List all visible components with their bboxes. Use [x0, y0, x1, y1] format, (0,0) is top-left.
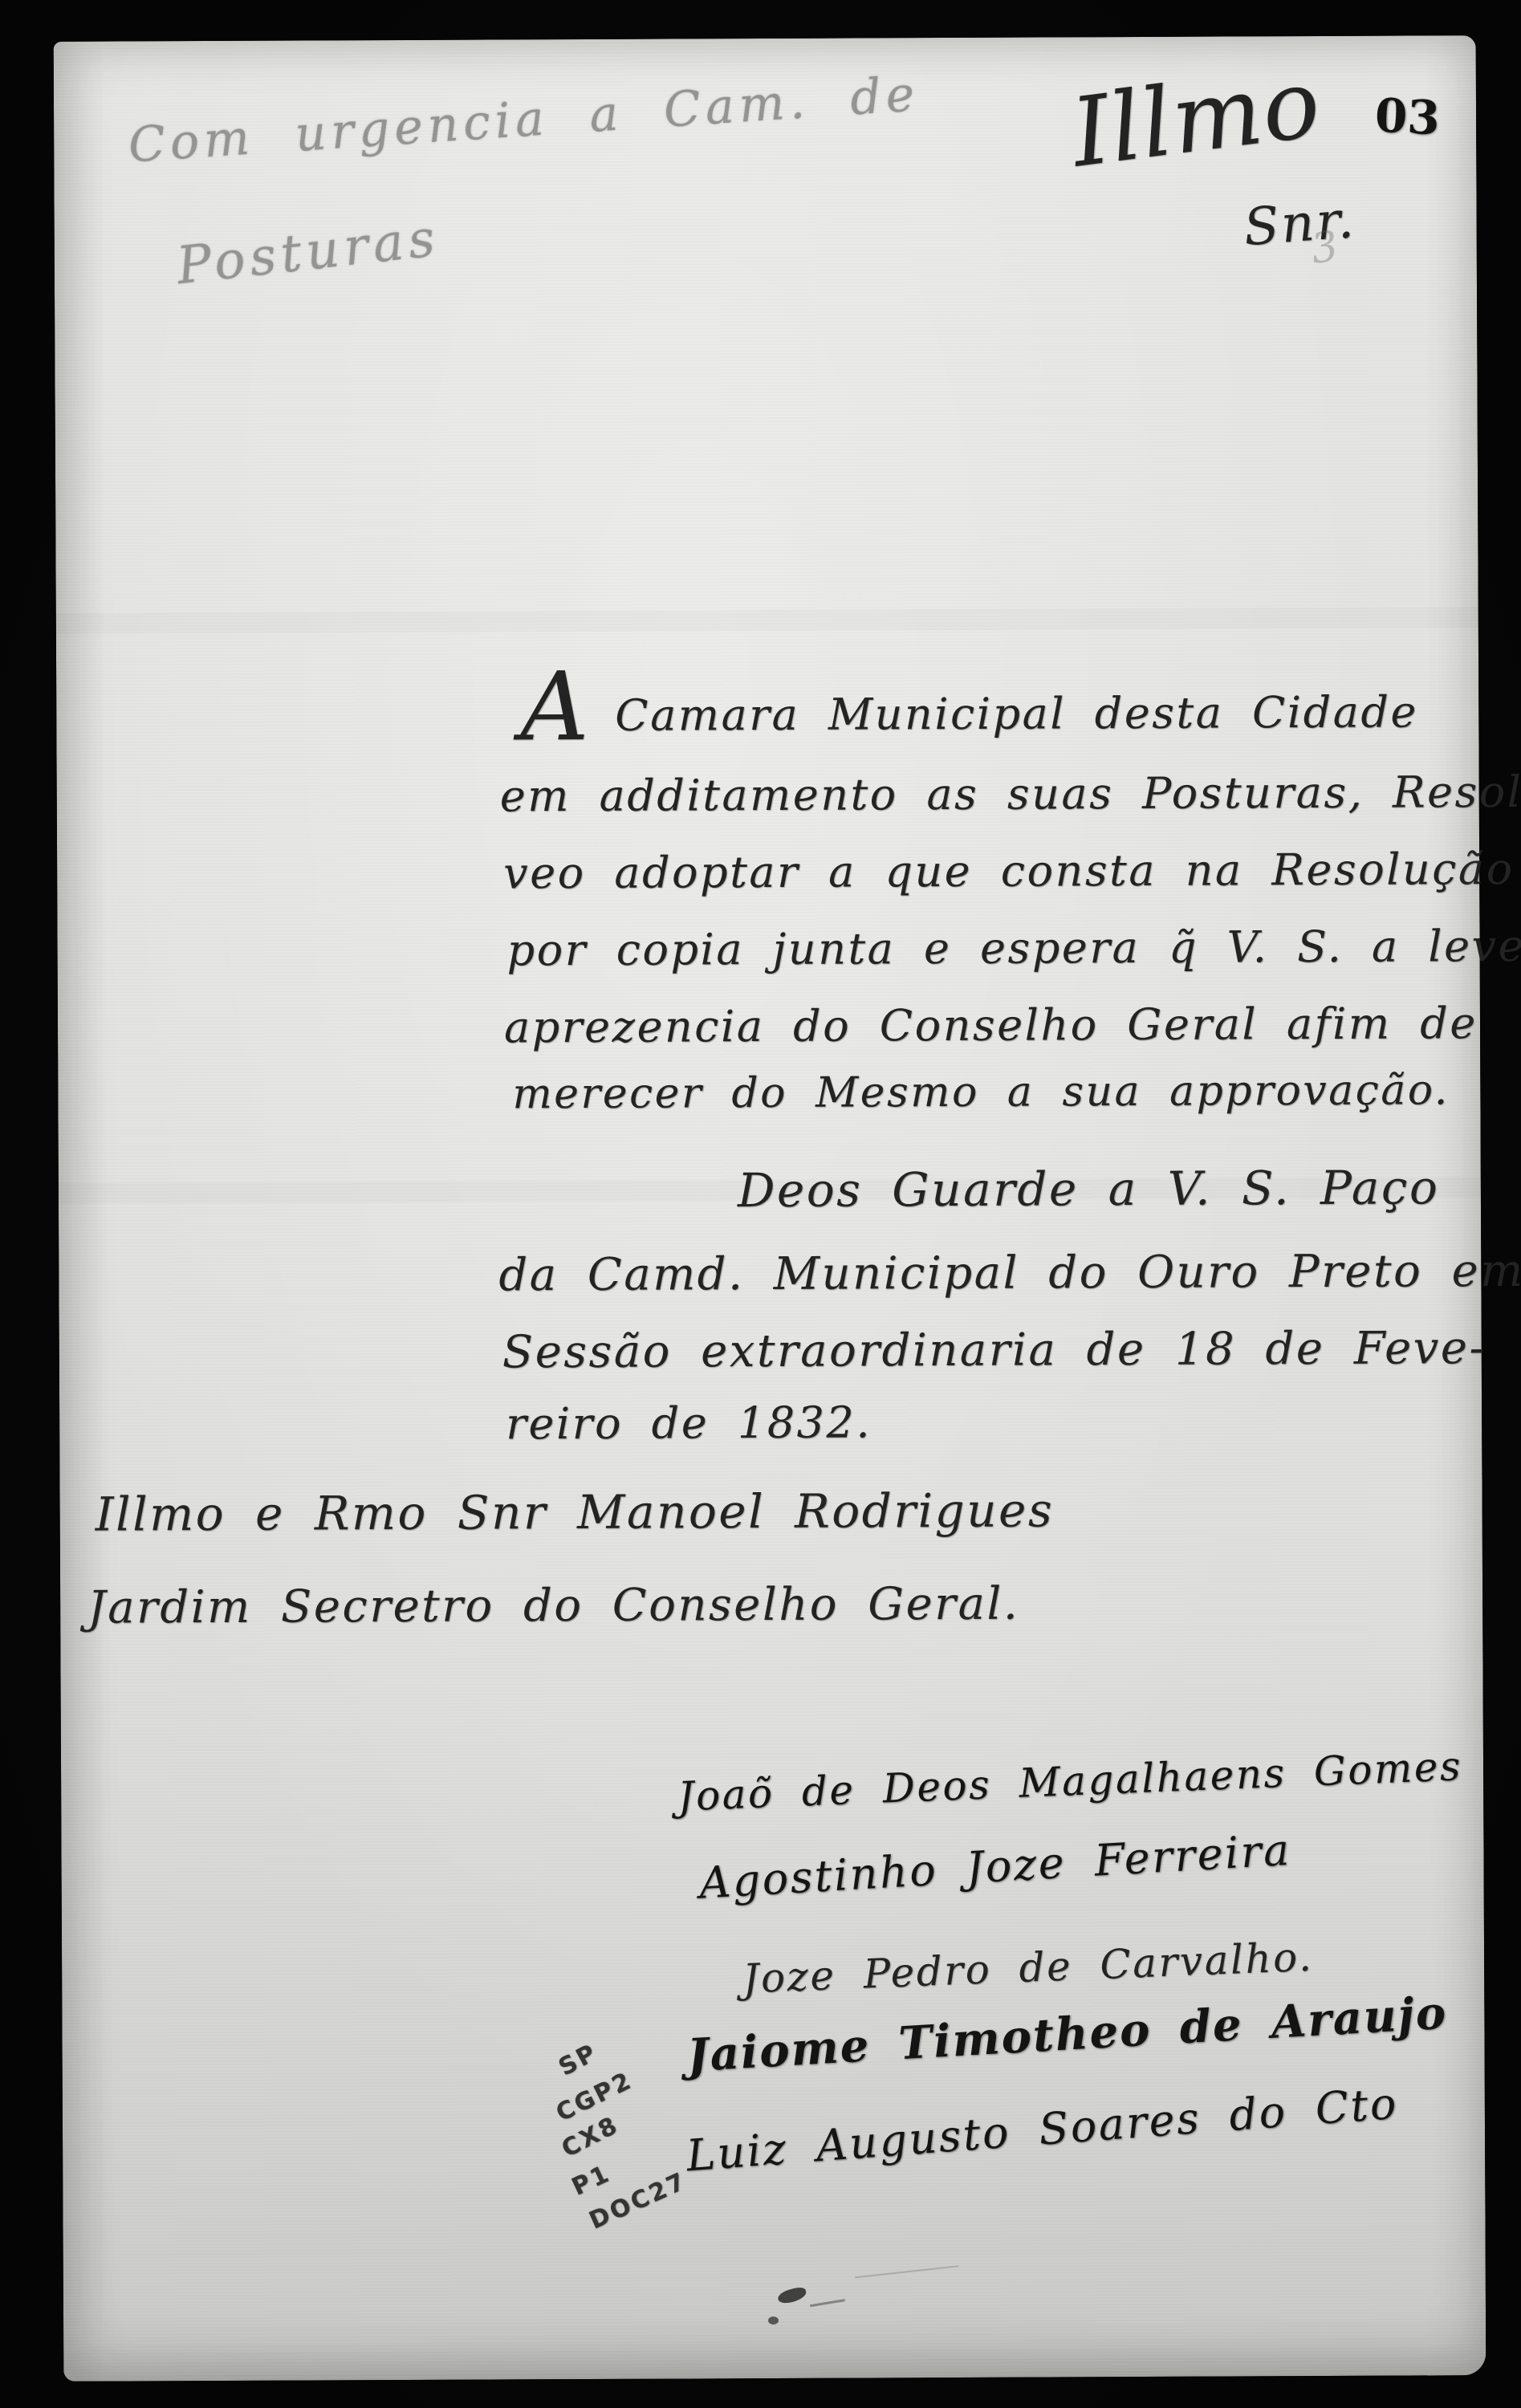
- pencil-urgency-note-line-1: Com urgencia a Cam. de: [127, 70, 921, 169]
- signature-1: Joaõ de Deos Magalhaens Gomes: [677, 1746, 1463, 1816]
- addressee-line-2: Jardim Secretro do Conselho Geral.: [87, 1582, 1019, 1631]
- manuscript-page: Com urgencia a Cam. de Posturas Illmo Sn…: [54, 35, 1486, 2382]
- ink-smudge: [810, 2299, 845, 2307]
- letter-body-line-5: aprezencia do Conselho Geral afim de: [504, 1002, 1478, 1049]
- letter-body-line-2: em additamento as suas Posturas, Resol-: [500, 771, 1521, 819]
- salutation-honorific: Illmo: [1067, 55, 1325, 181]
- pencil-urgency-note-line-2: Posturas: [174, 213, 441, 292]
- salutation-title: Snr.: [1242, 194, 1356, 254]
- signature-2: Agostinho Joze Ferreira: [698, 1828, 1292, 1906]
- letter-body-line-6: merecer do Mesmo a sua approvação.: [512, 1069, 1450, 1115]
- ink-smudge: [776, 2286, 807, 2305]
- photographic-backdrop: Com urgencia a Cam. de Posturas Illmo Sn…: [0, 0, 1521, 2408]
- addressee-line-1: Illmo e Rmo Snr Manoel Rodrigues: [96, 1487, 1055, 1537]
- pencil-scratch: [855, 2265, 958, 2278]
- ink-smudge: [768, 2316, 779, 2325]
- letter-closing-line-4: reiro de 1832.: [506, 1401, 872, 1446]
- archive-stamp-line-4: P1: [567, 2159, 615, 2202]
- letter-closing-line-1: Deos Guarde a V. S. Paço: [738, 1164, 1440, 1214]
- letter-body-line-4: por copia junta e espera q̃ V. S. a leve: [506, 925, 1521, 973]
- scan-band: [56, 607, 1478, 634]
- signature-5: Luiz Augusto Soares do Cto: [685, 2082, 1399, 2178]
- signature-4: Jaiome Timotheo de Araujo: [686, 1991, 1449, 2079]
- page-number: 03: [1374, 92, 1441, 142]
- letter-closing-line-3: Sessão extraordinaria de 18 de Feve-: [502, 1326, 1486, 1375]
- signature-3: Joze Pedro de Carvalho.: [742, 1937, 1314, 1999]
- archive-stamp-line-1: SP: [554, 2038, 602, 2081]
- letter-closing-line-2: da Camd. Municipal do Ouro Preto em: [498, 1249, 1521, 1299]
- letter-drop-cap: A: [520, 659, 591, 754]
- letter-body-line-1: Camara Municipal desta Cidade: [615, 690, 1418, 737]
- letter-body-line-3: veo adoptar a que consta na Resolução: [503, 848, 1515, 895]
